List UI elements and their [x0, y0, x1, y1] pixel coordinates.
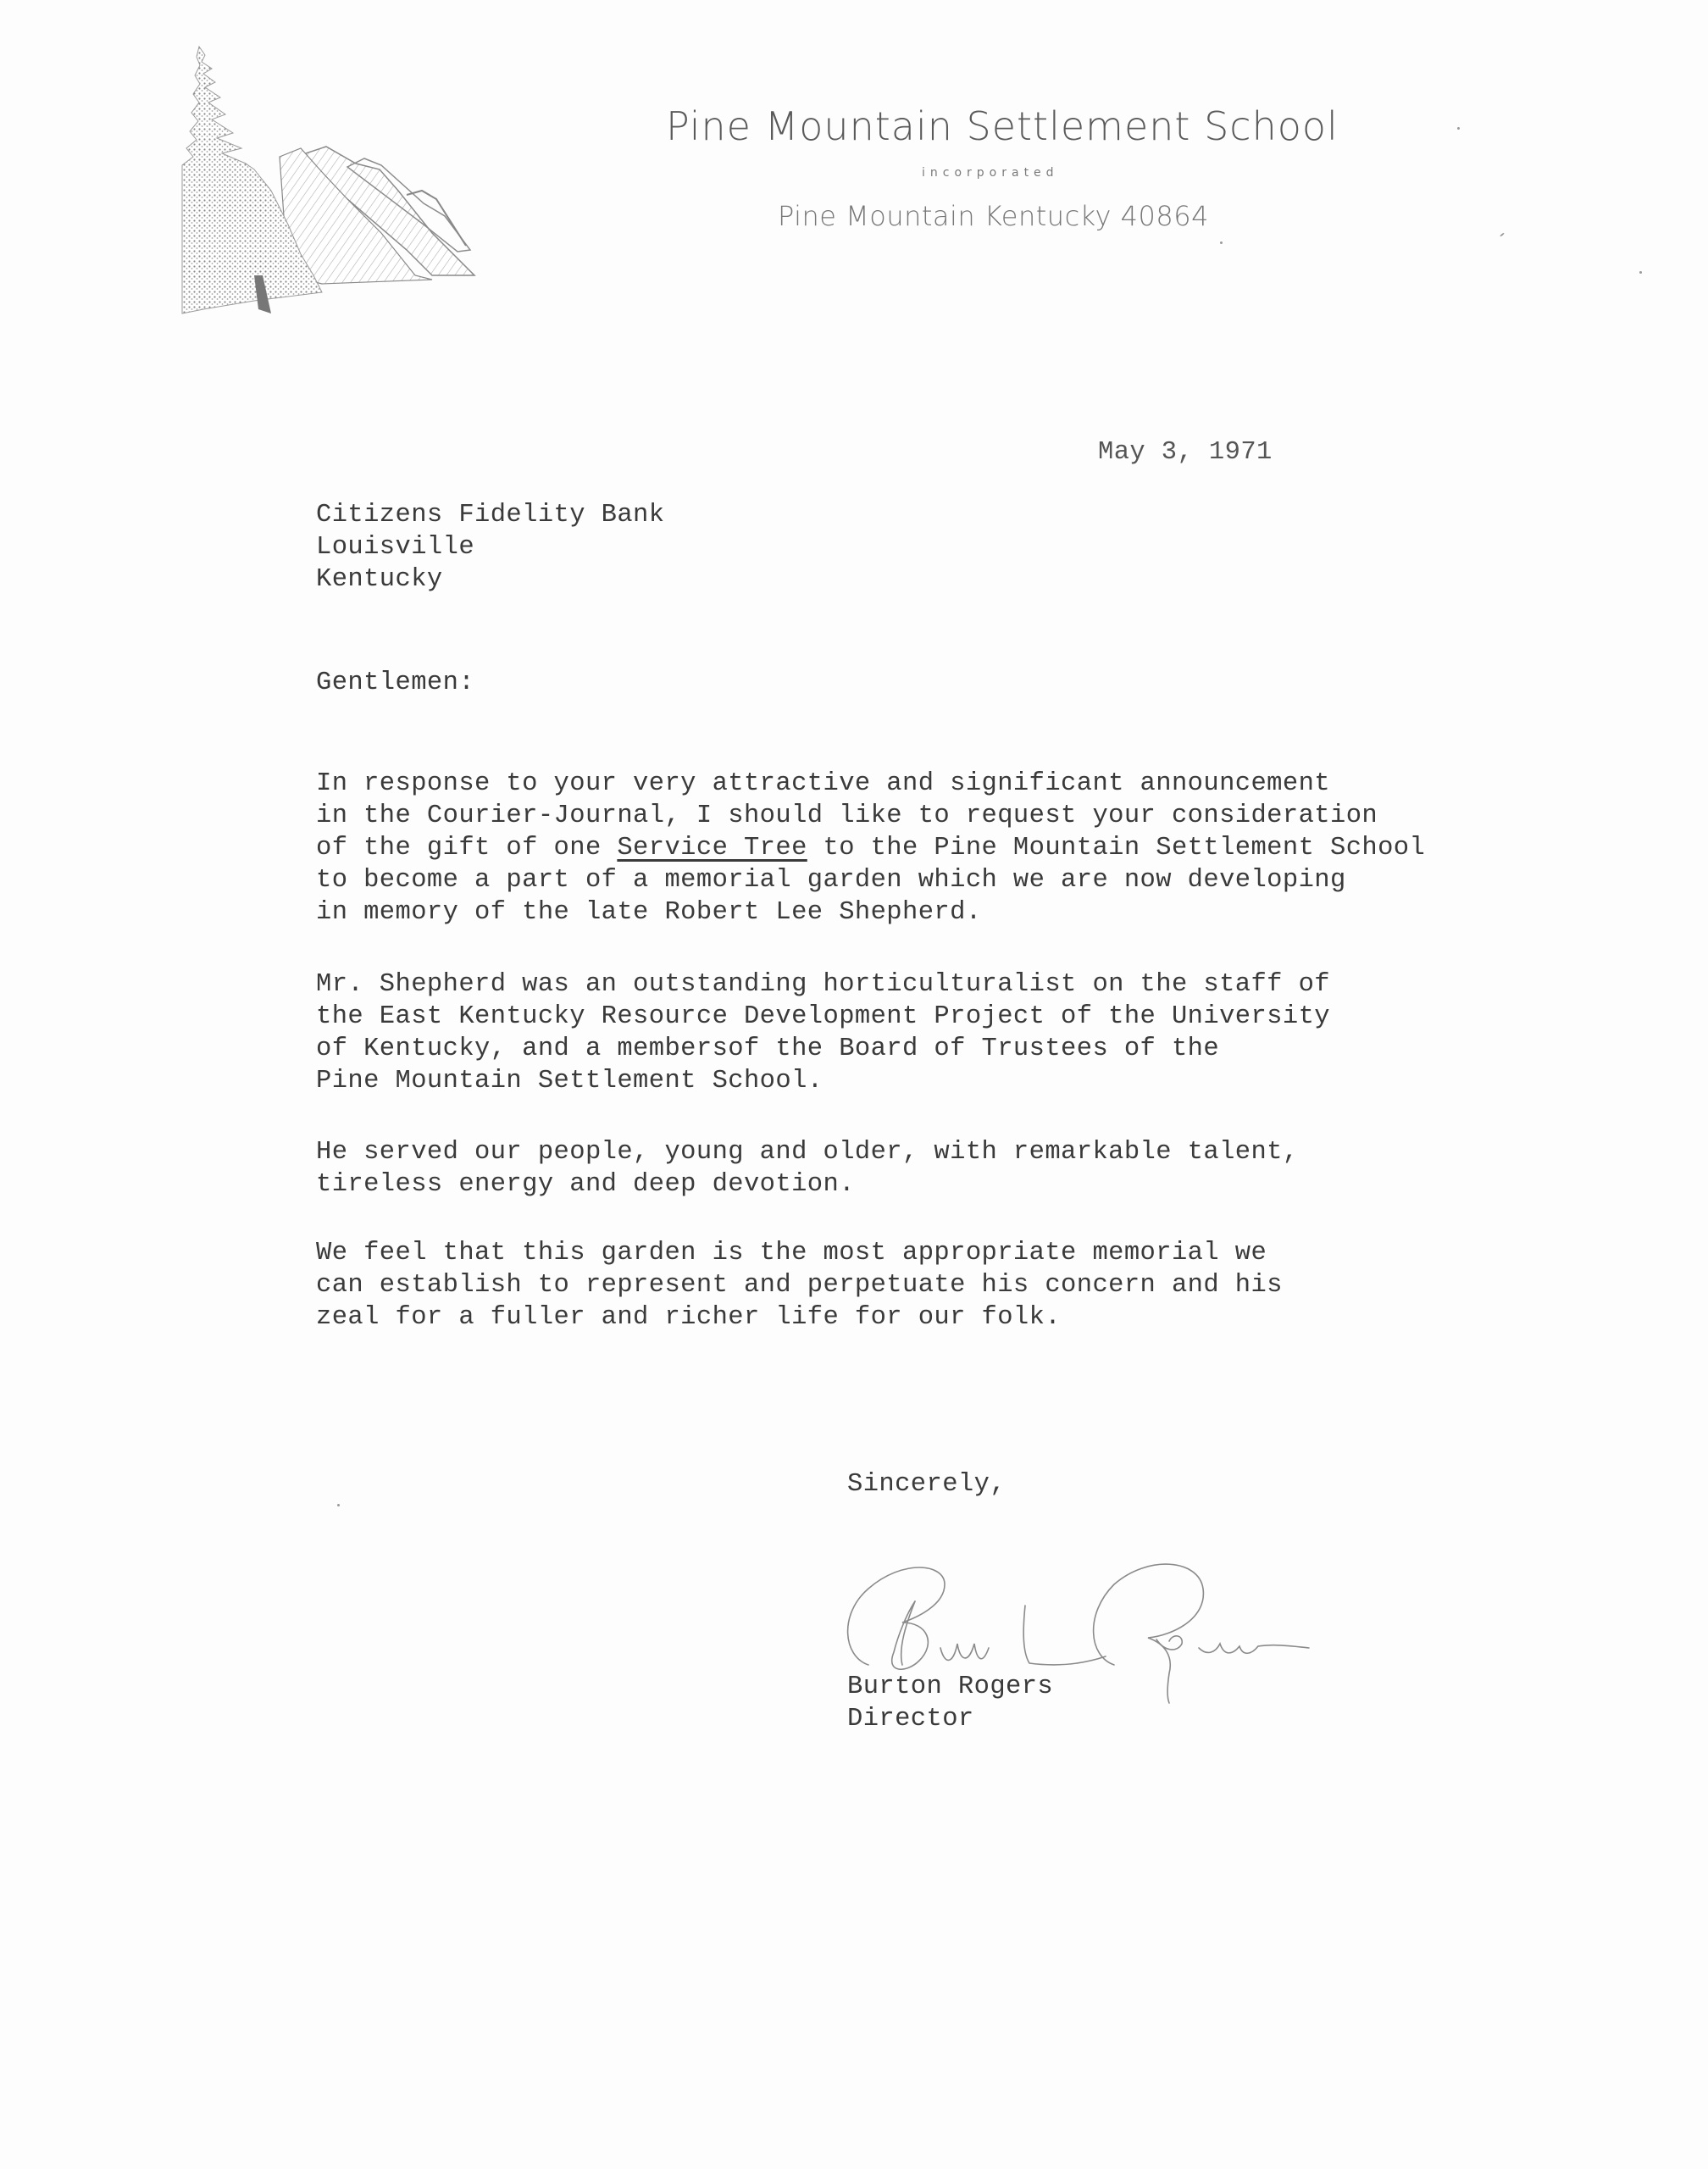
recipient-address: Citizens Fidelity BankLouisvilleKentucky [316, 499, 664, 596]
paragraph-2: Mr. Shepherd was an outstanding horticul… [316, 968, 1330, 1097]
paragraph-1: In response to your very attractive and … [316, 768, 1425, 929]
scan-speck [1500, 232, 1505, 236]
line-text: to the Pine Mountain Settlement School [807, 834, 1425, 863]
letterhead-organization: Pine Mountain Settlement School [666, 103, 1339, 149]
paragraph-3: He served our people, young and older, w… [316, 1136, 1299, 1201]
paragraph-line: of the gift of one Service Tree to the P… [316, 832, 1425, 864]
letter-date: May 3, 1971 [1098, 436, 1273, 469]
paragraph-line: He served our people, young and older, w… [316, 1136, 1299, 1168]
paragraph-line: In response to your very attractive and … [316, 768, 1425, 800]
recipient-line: Louisville [316, 531, 664, 563]
paragraph-line: tireless energy and deep devotion. [316, 1168, 1299, 1201]
scan-speck [337, 1504, 340, 1506]
paragraph-line: zeal for a fuller and richer life for ou… [316, 1301, 1283, 1334]
paragraph-line: Pine Mountain Settlement School. [316, 1065, 1330, 1097]
paragraph-line: Mr. Shepherd was an outstanding horticul… [316, 968, 1330, 1001]
scan-speck [1220, 241, 1223, 244]
paragraph-line: the East Kentucky Resource Development P… [316, 1001, 1330, 1033]
signer-title: Director [847, 1703, 974, 1735]
letter-page: Pine Mountain Settlement School incorpor… [0, 0, 1708, 2169]
paragraph-line: in the Courier-Journal, I should like to… [316, 800, 1425, 832]
paragraph-line: of Kentucky, and a membersof the Board o… [316, 1033, 1330, 1065]
scan-speck [1457, 127, 1460, 130]
recipient-line: Citizens Fidelity Bank [316, 499, 664, 531]
paragraph-line: to become a part of a memorial garden wh… [316, 864, 1425, 896]
line-text: of the gift of one [316, 834, 617, 863]
paragraph-line: in memory of the late Robert Lee Shepher… [316, 896, 1425, 929]
underlined-phrase: Service Tree [617, 834, 807, 863]
salutation: Gentlemen: [316, 667, 474, 699]
paragraph-line: can establish to represent and perpetuat… [316, 1269, 1283, 1301]
signer-name: Burton Rogers [847, 1671, 1053, 1703]
pine-tree-mountain-icon [152, 21, 483, 322]
scan-speck [1639, 271, 1642, 274]
recipient-line: Kentucky [316, 563, 664, 596]
letterhead-incorporated: incorporated [922, 166, 1059, 180]
paragraph-4: We feel that this garden is the most app… [316, 1237, 1283, 1334]
closing: Sincerely, [847, 1468, 1006, 1501]
letterhead-address: Pine Mountain Kentucky 40864 [778, 200, 1209, 232]
paragraph-line: We feel that this garden is the most app… [316, 1237, 1283, 1269]
